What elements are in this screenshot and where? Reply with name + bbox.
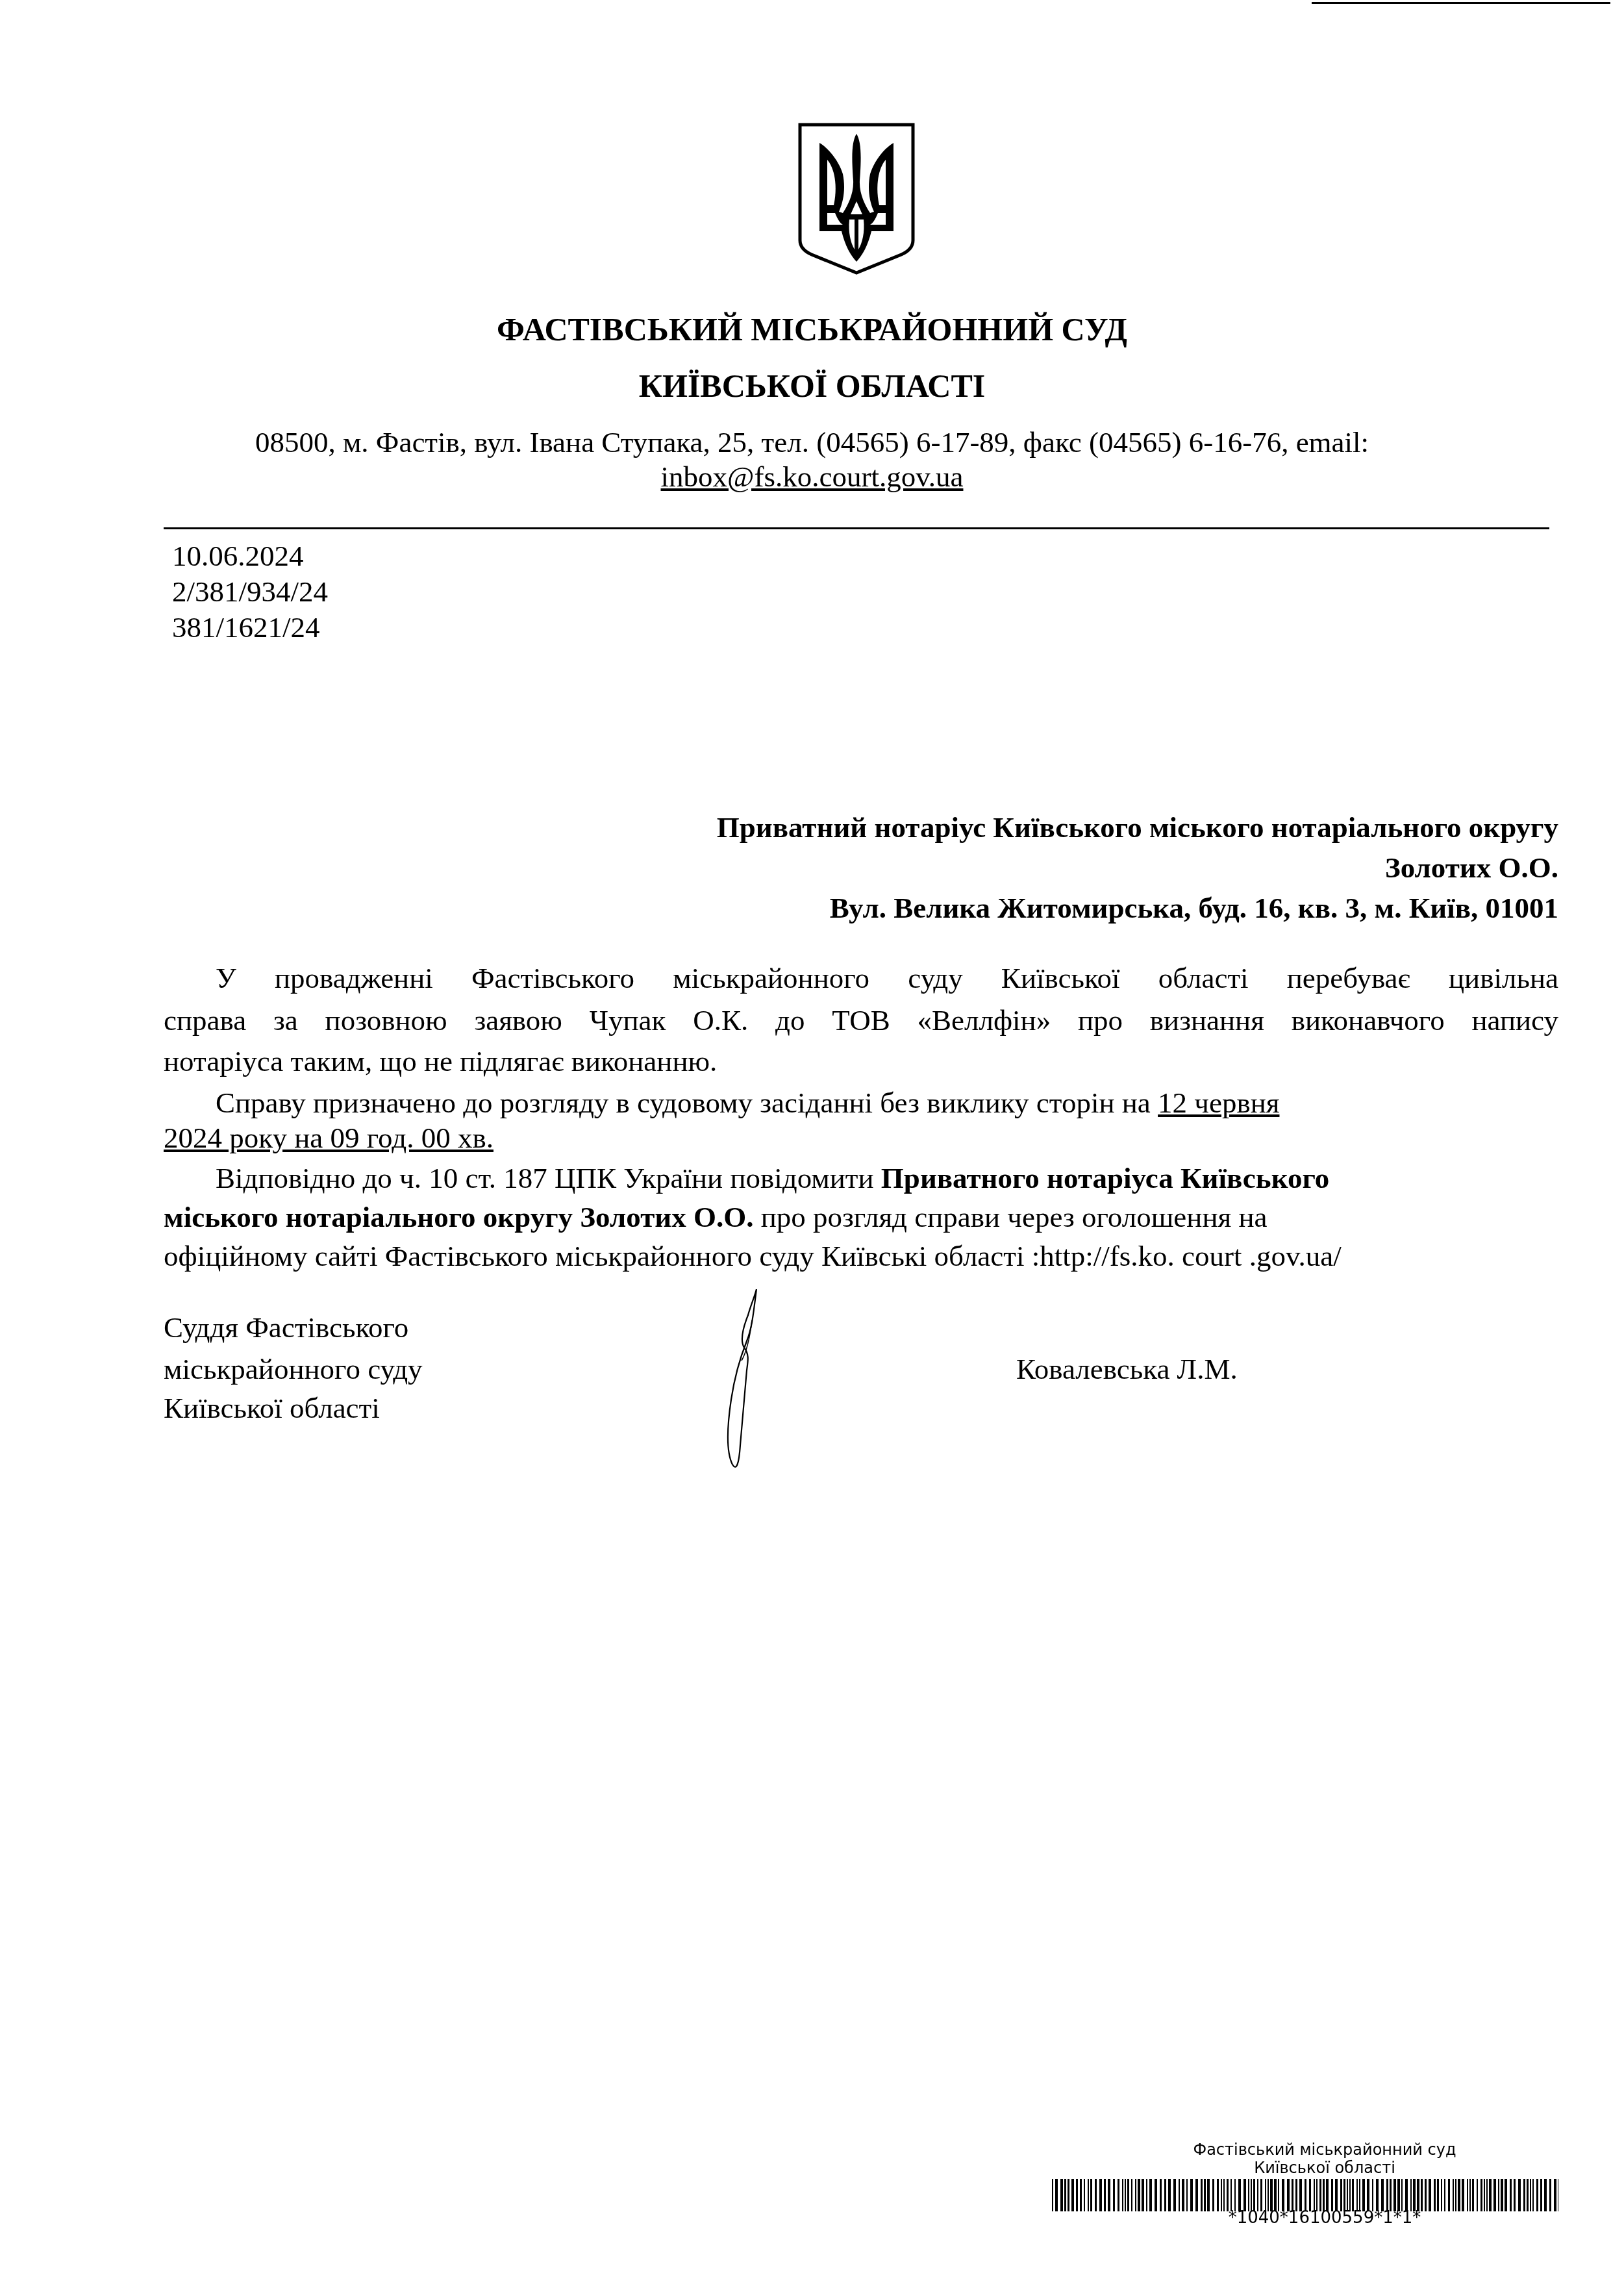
court-email-link[interactable]: inbox@fs.ko.court.gov.ua <box>661 460 964 493</box>
court-name-line1: ФАСТІВСЬКИЙ МІСЬКРАЙОННИЙ СУД <box>0 310 1624 348</box>
judge-title-line2: міськрайонного суду <box>164 1352 423 1386</box>
outgoing-number: 2/381/934/24 <box>172 575 328 609</box>
paragraph-2-line1: Справу призначено до розгляду в судовому… <box>164 1086 1558 1120</box>
addressee-line2: Золотих О.О. <box>1385 851 1558 885</box>
paragraph-3-line1: Відповідно до ч. 10 ст. 187 ЦПК України … <box>164 1161 1558 1195</box>
judge-name: Ковалевська Л.М. <box>1016 1352 1238 1386</box>
paragraph-2-line2: 2024 року на 09 год. 00 хв. <box>164 1121 1558 1155</box>
court-name-line2: КИЇВСЬКОЇ ОБЛАСТІ <box>0 367 1624 405</box>
judge-title-line3: Київської області <box>164 1391 380 1425</box>
stamp-region: Київської області <box>1045 2159 1604 2177</box>
court-address: 08500, м. Фастів, вул. Івана Ступака, 25… <box>0 425 1624 459</box>
paragraph-1-line2: справа за позовною заявою Чупак О.К. до … <box>164 1003 1558 1037</box>
paragraph-3-line2: міського нотаріального округу Золотих О.… <box>164 1200 1558 1234</box>
paragraph-3-line3: офіційному сайті Фастівського міськрайон… <box>164 1239 1558 1273</box>
document-barcode <box>1052 2179 1558 2211</box>
notice-method-text: про розгляд справи через оголошення на <box>753 1201 1267 1233</box>
case-number: 381/1621/24 <box>172 610 320 644</box>
hearing-time: 2024 року на 09 год. 00 хв. <box>164 1122 493 1154</box>
hearing-date: 12 червня <box>1158 1087 1279 1119</box>
addressee-line1: Приватний нотаріус Київського міського н… <box>717 811 1558 844</box>
scan-edge-line <box>1312 2 1610 4</box>
addressee-address: Вул. Велика Житомирська, буд. 16, кв. 3,… <box>830 891 1558 925</box>
hearing-notice-text: Справу призначено до розгляду в судовому… <box>216 1087 1158 1119</box>
handwritten-signature-icon <box>669 1289 786 1477</box>
ukraine-coat-of-arms-tryzub-icon <box>797 122 916 275</box>
letter-date: 10.06.2024 <box>172 539 304 573</box>
paragraph-1-line1: У провадженні Фастівського міськрайонног… <box>164 961 1558 995</box>
notice-basis-text: Відповідно до ч. 10 ст. 187 ЦПК України … <box>216 1162 881 1194</box>
notified-party: Приватного нотаріуса Київського <box>881 1162 1329 1194</box>
judge-title-line1: Суддя Фастівського <box>164 1311 408 1344</box>
court-email-line: inbox@fs.ko.court.gov.ua <box>0 460 1624 494</box>
notified-party-cont: міського нотаріального округу Золотих О.… <box>164 1201 753 1233</box>
stamp-court-name: Фастівський міськрайонний суд <box>1045 2141 1604 2159</box>
header-divider <box>164 527 1549 529</box>
paragraph-1-line3: нотаріуса таким, що не підлягає виконанн… <box>164 1044 1558 1078</box>
barcode-number: *1040*16100559*1*1* <box>1045 2208 1604 2228</box>
